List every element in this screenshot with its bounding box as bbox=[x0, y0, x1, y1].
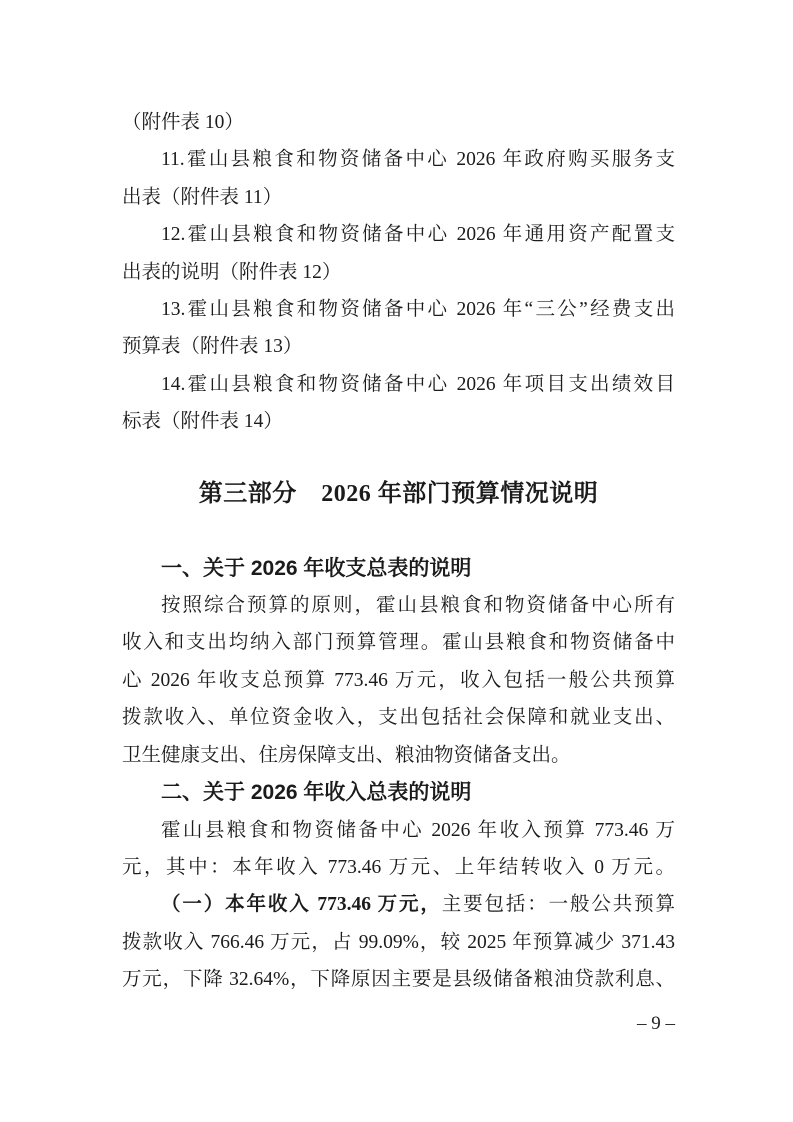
document-page: （附件表 10） 11.霍山县粮食和物资储备中心 2026 年政府购买服务支 出… bbox=[0, 0, 793, 1122]
body-text-segment: 主要包括：一般公共预算 bbox=[442, 894, 675, 915]
document-body: （附件表 10） 11.霍山县粮食和物资储备中心 2026 年政府购买服务支 出… bbox=[122, 104, 675, 999]
body-text-line: 按照综合预算的原则，霍山县粮食和物资储备中心所有 bbox=[122, 587, 675, 624]
bold-lead-text: （一）本年收入 773.46 万元， bbox=[161, 894, 442, 915]
body-text-line: 心 2026 年收支总预算 773.46 万元，收入包括一般公共预算 bbox=[122, 662, 675, 699]
body-text-line: 卫生健康支出、住房保障支出、粮油物资储备支出。 bbox=[122, 737, 675, 774]
body-text-line: 拨款收入、单位资金收入，支出包括社会保障和就业支出、 bbox=[122, 699, 675, 736]
attachment-list-line: 标表（附件表 14） bbox=[122, 403, 675, 440]
subsection-heading-income: 二、关于 2026 年收入总表的说明 bbox=[122, 774, 675, 811]
body-text-line: 霍山县粮食和物资储备中心 2026 年收入预算 773.46 万 bbox=[122, 812, 675, 849]
attachment-list-line: 14.霍山县粮食和物资储备中心 2026 年项目支出绩效目 bbox=[122, 366, 675, 403]
body-text-line: （一）本年收入 773.46 万元，主要包括：一般公共预算 bbox=[122, 886, 675, 923]
attachment-list-line: 出表（附件表 11） bbox=[122, 179, 675, 216]
section-title: 第三部分 2026 年部门预算情况说明 bbox=[122, 472, 675, 516]
page-number: – 9 – bbox=[637, 1010, 675, 1038]
attachment-list-line: 出表的说明（附件表 12） bbox=[122, 254, 675, 291]
attachment-list-line: （附件表 10） bbox=[122, 104, 675, 141]
body-text-line: 收入和支出均纳入部门预算管理。霍山县粮食和物资储备中 bbox=[122, 624, 675, 661]
body-text-line: 元，其中：本年收入 773.46 万元、上年结转收入 0 万元。 bbox=[122, 849, 675, 886]
attachment-list-line: 预算表（附件表 13） bbox=[122, 328, 675, 365]
body-text-line: 万元，下降 32.64%，下降原因主要是县级储备粮油贷款利息、 bbox=[122, 961, 675, 998]
body-text-line: 拨款收入 766.46 万元，占 99.09%，较 2025 年预算减少 371… bbox=[122, 924, 675, 961]
attachment-list-line: 13.霍山县粮食和物资储备中心 2026 年“三公”经费支出 bbox=[122, 291, 675, 328]
subsection-heading-income-expenditure: 一、关于 2026 年收支总表的说明 bbox=[122, 550, 675, 587]
attachment-list-line: 11.霍山县粮食和物资储备中心 2026 年政府购买服务支 bbox=[122, 141, 675, 178]
attachment-list-line: 12.霍山县粮食和物资储备中心 2026 年通用资产配置支 bbox=[122, 216, 675, 253]
